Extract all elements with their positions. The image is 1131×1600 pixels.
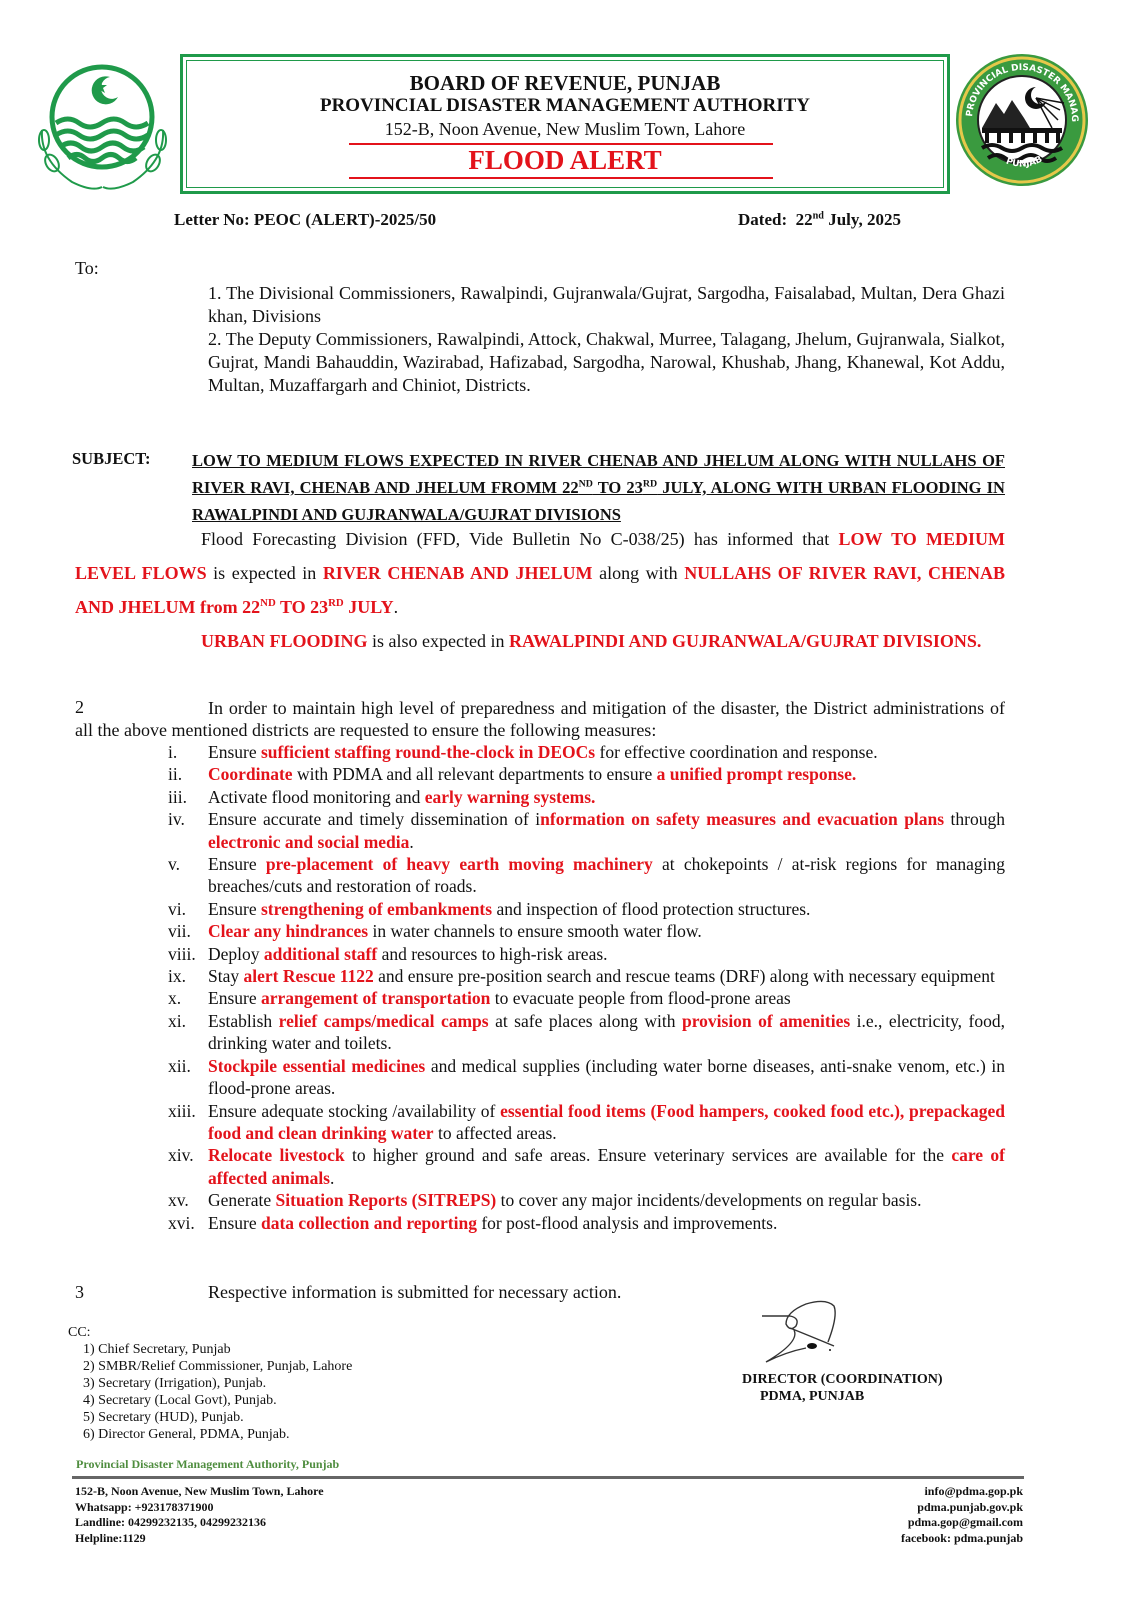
measure-text: Establish relief camps/medical camps at … [208, 1010, 1005, 1055]
measure-number: iii. [75, 786, 208, 808]
flood-alert-title: FLOOD ALERT [183, 145, 947, 176]
urban-flooding-paragraph: URBAN FLOODING is also expected in RAWAL… [75, 624, 1005, 658]
ffd-information-paragraph: Flood Forecasting Division (FFD, Vide Bu… [75, 522, 1005, 624]
footer-contact-left: 152-B, Noon Avenue, New Muslim Town, Lah… [75, 1484, 324, 1546]
pdma-punjab-logo: PROVINCIAL DISASTER MANAGEMENT AUTHORITY… [952, 48, 1092, 193]
subject-text: LOW TO MEDIUM FLOWS EXPECTED IN RIVER CH… [192, 447, 1005, 528]
measure-item: v.Ensure pre-placement of heavy earth mo… [75, 853, 1005, 898]
measure-text: Ensure adequate stocking /availability o… [208, 1100, 1005, 1145]
measure-number: xii. [75, 1055, 208, 1100]
footer-website[interactable]: pdma.punjab.gov.pk [810, 1500, 1023, 1516]
cc-item: 1) Chief Secretary, Punjab [68, 1341, 352, 1358]
measures-list: i.Ensure sufficient staffing round-the-c… [75, 741, 1005, 1234]
measure-item: xv.Generate Situation Reports (SITREPS) … [75, 1189, 1005, 1211]
measure-item: xi.Establish relief camps/medical camps … [75, 1010, 1005, 1055]
preparedness-paragraph: In order to maintain high level of prepa… [75, 697, 1005, 742]
measure-item: xiii.Ensure adequate stocking /availabil… [75, 1100, 1005, 1145]
footer-organization: Provincial Disaster Management Authority… [76, 1457, 339, 1472]
paragraph-3-number: 3 [75, 1282, 84, 1303]
measure-number: vi. [75, 898, 208, 920]
measure-text: Stockpile essential medicines and medica… [208, 1055, 1005, 1100]
title-rule-bottom [349, 177, 773, 179]
signature-icon [760, 1300, 860, 1366]
measure-text: Ensure strengthening of embankments and … [208, 898, 1005, 920]
footer-address: 152-B, Noon Avenue, New Muslim Town, Lah… [75, 1484, 324, 1500]
measure-item: vii.Clear any hindrances in water channe… [75, 920, 1005, 942]
subject-label: SUBJECT: [72, 449, 151, 469]
pdma-seal-icon: PROVINCIAL DISASTER MANAGEMENT AUTHORITY… [952, 48, 1092, 193]
measure-item: i.Ensure sufficient staffing round-the-c… [75, 741, 1005, 763]
measure-text: Ensure data collection and reporting for… [208, 1212, 1005, 1234]
measure-number: xv. [75, 1189, 208, 1211]
cc-item: 3) Secretary (Irrigation), Punjab. [68, 1375, 352, 1392]
measure-text: Relocate livestock to higher ground and … [208, 1144, 1005, 1189]
submission-paragraph: Respective information is submitted for … [208, 1282, 621, 1303]
measure-item: iii.Activate flood monitoring and early … [75, 786, 1005, 808]
measure-text: Stay alert Rescue 1122 and ensure pre-po… [208, 965, 1005, 987]
recipient-deputy-commissioners: 2. The Deputy Commissioners, Rawalpindi,… [208, 328, 1005, 397]
footer-whatsapp: Whatsapp: +923178371900 [75, 1500, 324, 1516]
measure-item: ix.Stay alert Rescue 1122 and ensure pre… [75, 965, 1005, 987]
footer-facebook[interactable]: facebook: pdma.punjab [810, 1531, 1023, 1547]
footer-gmail[interactable]: pdma.gop@gmail.com [810, 1515, 1023, 1531]
cc-list: CC: 1) Chief Secretary, Punjab 2) SMBR/R… [68, 1324, 352, 1443]
cc-item: 5) Secretary (HUD), Punjab. [68, 1409, 352, 1426]
signatory: DIRECTOR (COORDINATION) PDMA, PUNJAB [742, 1371, 943, 1405]
cc-item: 4) Secretary (Local Govt), Punjab. [68, 1392, 352, 1409]
government-of-punjab-logo [30, 55, 175, 195]
measure-text: Coordinate with PDMA and all relevant de… [208, 763, 1005, 785]
header-address: 152-B, Noon Avenue, New Muslim Town, Lah… [183, 119, 947, 140]
measure-item: xii.Stockpile essential medicines and me… [75, 1055, 1005, 1100]
measure-number: x. [75, 987, 208, 1009]
recipient-divisional-commissioners: 1. The Divisional Commissioners, Rawalpi… [208, 282, 1005, 328]
to-label: To: [75, 258, 99, 279]
cc-label: CC: [68, 1324, 352, 1341]
measure-number: vii. [75, 920, 208, 942]
footer-divider [72, 1476, 1024, 1479]
pdma-heading: PROVINCIAL DISASTER MANAGEMENT AUTHORITY [183, 95, 947, 117]
measure-number: ix. [75, 965, 208, 987]
letter-date: Dated: 22nd July, 2025 [738, 210, 901, 230]
footer-contact-right: info@pdma.gop.pk pdma.punjab.gov.pk pdma… [810, 1484, 1023, 1546]
board-of-revenue-heading: BOARD OF REVENUE, PUNJAB [183, 71, 947, 96]
measure-item: xiv.Relocate livestock to higher ground … [75, 1144, 1005, 1189]
measure-text: Clear any hindrances in water channels t… [208, 920, 1005, 942]
letterhead-box: BOARD OF REVENUE, PUNJAB PROVINCIAL DISA… [180, 54, 950, 194]
measure-text: Deploy additional staff and resources to… [208, 943, 1005, 965]
measure-number: iv. [75, 808, 208, 853]
cc-item: 2) SMBR/Relief Commissioner, Punjab, Lah… [68, 1358, 352, 1375]
measure-item: iv.Ensure accurate and timely disseminat… [75, 808, 1005, 853]
measure-item: ii.Coordinate with PDMA and all relevant… [75, 763, 1005, 785]
letter-number: Letter No: PEOC (ALERT)-2025/50 [174, 210, 436, 230]
measure-number: xiii. [75, 1100, 208, 1145]
measure-item: vi.Ensure strengthening of embankments a… [75, 898, 1005, 920]
signatory-org: PDMA, PUNJAB [742, 1388, 943, 1405]
measure-number: xi. [75, 1010, 208, 1055]
measure-text: Activate flood monitoring and early warn… [208, 786, 1005, 808]
cc-item: 6) Director General, PDMA, Punjab. [68, 1426, 352, 1443]
punjab-emblem-icon [30, 55, 175, 195]
measure-text: Ensure pre-placement of heavy earth movi… [208, 853, 1005, 898]
footer-helpline: Helpline:1129 [75, 1531, 324, 1547]
measure-number: viii. [75, 943, 208, 965]
measure-text: Ensure arrangement of transportation to … [208, 987, 1005, 1009]
measure-number: v. [75, 853, 208, 898]
measure-item: x.Ensure arrangement of transportation t… [75, 987, 1005, 1009]
measure-number: xvi. [75, 1212, 208, 1234]
measure-number: ii. [75, 763, 208, 785]
measure-item: viii.Deploy additional staff and resourc… [75, 943, 1005, 965]
signatory-title: DIRECTOR (COORDINATION) [742, 1371, 943, 1388]
measure-number: xiv. [75, 1144, 208, 1189]
footer-landline: Landline: 04299232135, 04299232136 [75, 1515, 324, 1531]
footer-email[interactable]: info@pdma.gop.pk [810, 1484, 1023, 1500]
measure-number: i. [75, 741, 208, 763]
measure-item: xvi.Ensure data collection and reporting… [75, 1212, 1005, 1234]
measure-text: Generate Situation Reports (SITREPS) to … [208, 1189, 1005, 1211]
measure-text: Ensure accurate and timely dissemination… [208, 808, 1005, 853]
measure-text: Ensure sufficient staffing round-the-clo… [208, 741, 1005, 763]
